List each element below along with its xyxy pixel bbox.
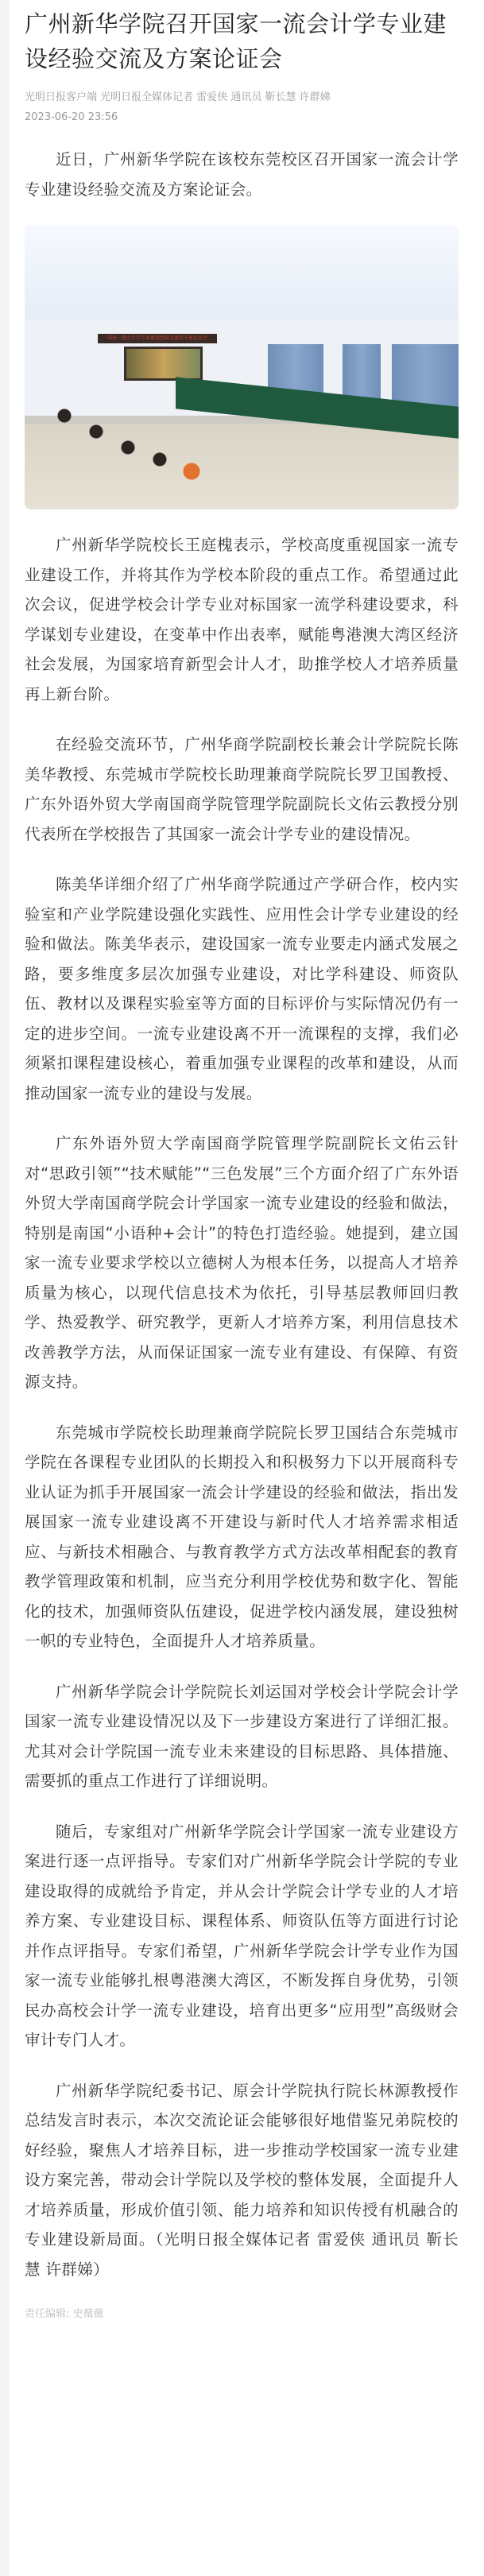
paragraph-intro: 近日，广州新华学院在该校东莞校区召开国家一流会计学专业建设经验交流及方案论证会。 — [25, 145, 459, 204]
publish-timestamp: 2023-06-20 23:56 — [25, 107, 459, 127]
photo-painting — [124, 347, 203, 381]
paragraph: 广州新华学院纪委书记、原会计学院执行院长林源教授作总结发言时表示，本次交流论证会… — [25, 2076, 459, 2285]
paragraph: 广东外语外贸大学南国商学院管理学院副院长文佑云针对“思政引领”“技术赋能”“三色… — [25, 1129, 459, 1397]
paragraph: 东莞城市学院校长助理兼商学院院长罗卫国结合东莞城市学院在各课程专业团队的长期投入… — [25, 1418, 459, 1656]
photo-attendees — [41, 384, 239, 503]
responsible-editor: 责任编辑: 史薇薇 — [25, 2305, 459, 2320]
article-body: 近日，广州新华学院在该校东莞校区召开国家一流会计学专业建设经验交流及方案论证会。… — [25, 145, 459, 2284]
photo-banner: 国家一流会计学专业建设经验交流及方案论证会 — [98, 334, 217, 343]
article-page: 广州新华学院召开国家一流会计学专业建设经验交流及方案论证会 光明日报客户端 光明… — [10, 0, 484, 2576]
article-title: 广州新华学院召开国家一流会计学专业建设经验交流及方案论证会 — [25, 6, 459, 76]
paragraph: 在经验交流环节，广州华商学院副校长兼会计学院院长陈美华教授、东莞城市学院校长助理… — [25, 730, 459, 849]
paragraph: 广州新华学院校长王庭槐表示，学校高度重视国家一流专业建设工作，并将其作为学校本阶… — [25, 530, 459, 709]
photo-banner-text: 国家一流会计学专业建设经验交流及方案论证会 — [98, 334, 217, 343]
article-meta: 光明日报客户端 光明日报全媒体记者 雷爱侠 通讯员 靳长慧 许群娣 2023-0… — [25, 87, 459, 127]
paragraph: 陈美华详细介绍了广州华商学院通过产学研合作，校内实验室和产业学院建设强化实践性、… — [25, 870, 459, 1108]
byline: 光明日报客户端 光明日报全媒体记者 雷爱侠 通讯员 靳长慧 许群娣 — [25, 87, 459, 107]
paragraph: 随后，专家组对广州新华学院会计学国家一流专业建设方案进行逐一点评指导。专家们对广… — [25, 1817, 459, 2055]
meeting-photo[interactable]: 国家一流会计学专业建设经验交流及方案论证会 — [25, 225, 459, 509]
photo-ceiling — [25, 225, 459, 336]
paragraph: 广州新华学院会计学院院长刘运国对学校会计学院会计学国家一流专业建设情况以及下一步… — [25, 1677, 459, 1796]
